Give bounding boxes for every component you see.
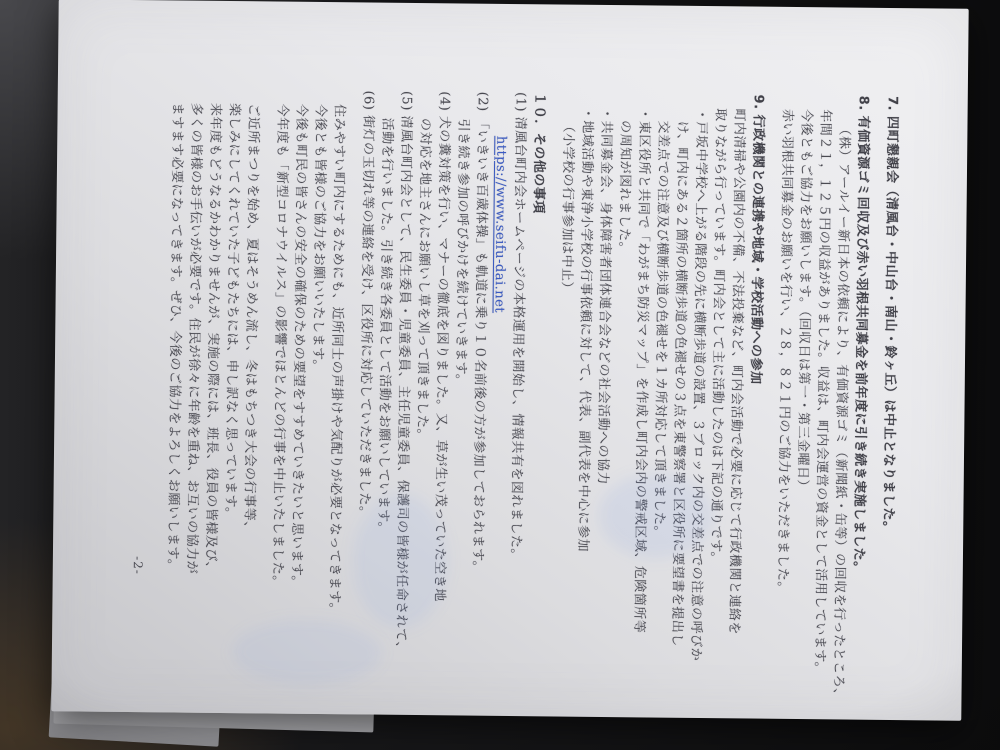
document-page: 7. 四町懇親会（清風台・中山台・南山・鈴ヶ丘）は中止となりました。8. 有価資…: [51, 0, 968, 721]
document-lines: 7. 四町懇親会（清風台・中山台・南山・鈴ヶ丘）は中止となりました。8. 有価資…: [161, 0, 968, 720]
paper-sheet: 7. 四町懇親会（清風台・中山台・南山・鈴ヶ丘）は中止となりました。8. 有価資…: [51, 0, 968, 721]
page-number: -2-: [131, 556, 145, 575]
document-line: 7. 四町懇親会（清風台・中山台・南山・鈴ヶ丘）は中止となりました。: [876, 96, 901, 702]
photo-background: 7. 四町懇親会（清風台・中山台・南山・鈴ヶ丘）は中止となりました。8. 有価資…: [0, 0, 1000, 750]
